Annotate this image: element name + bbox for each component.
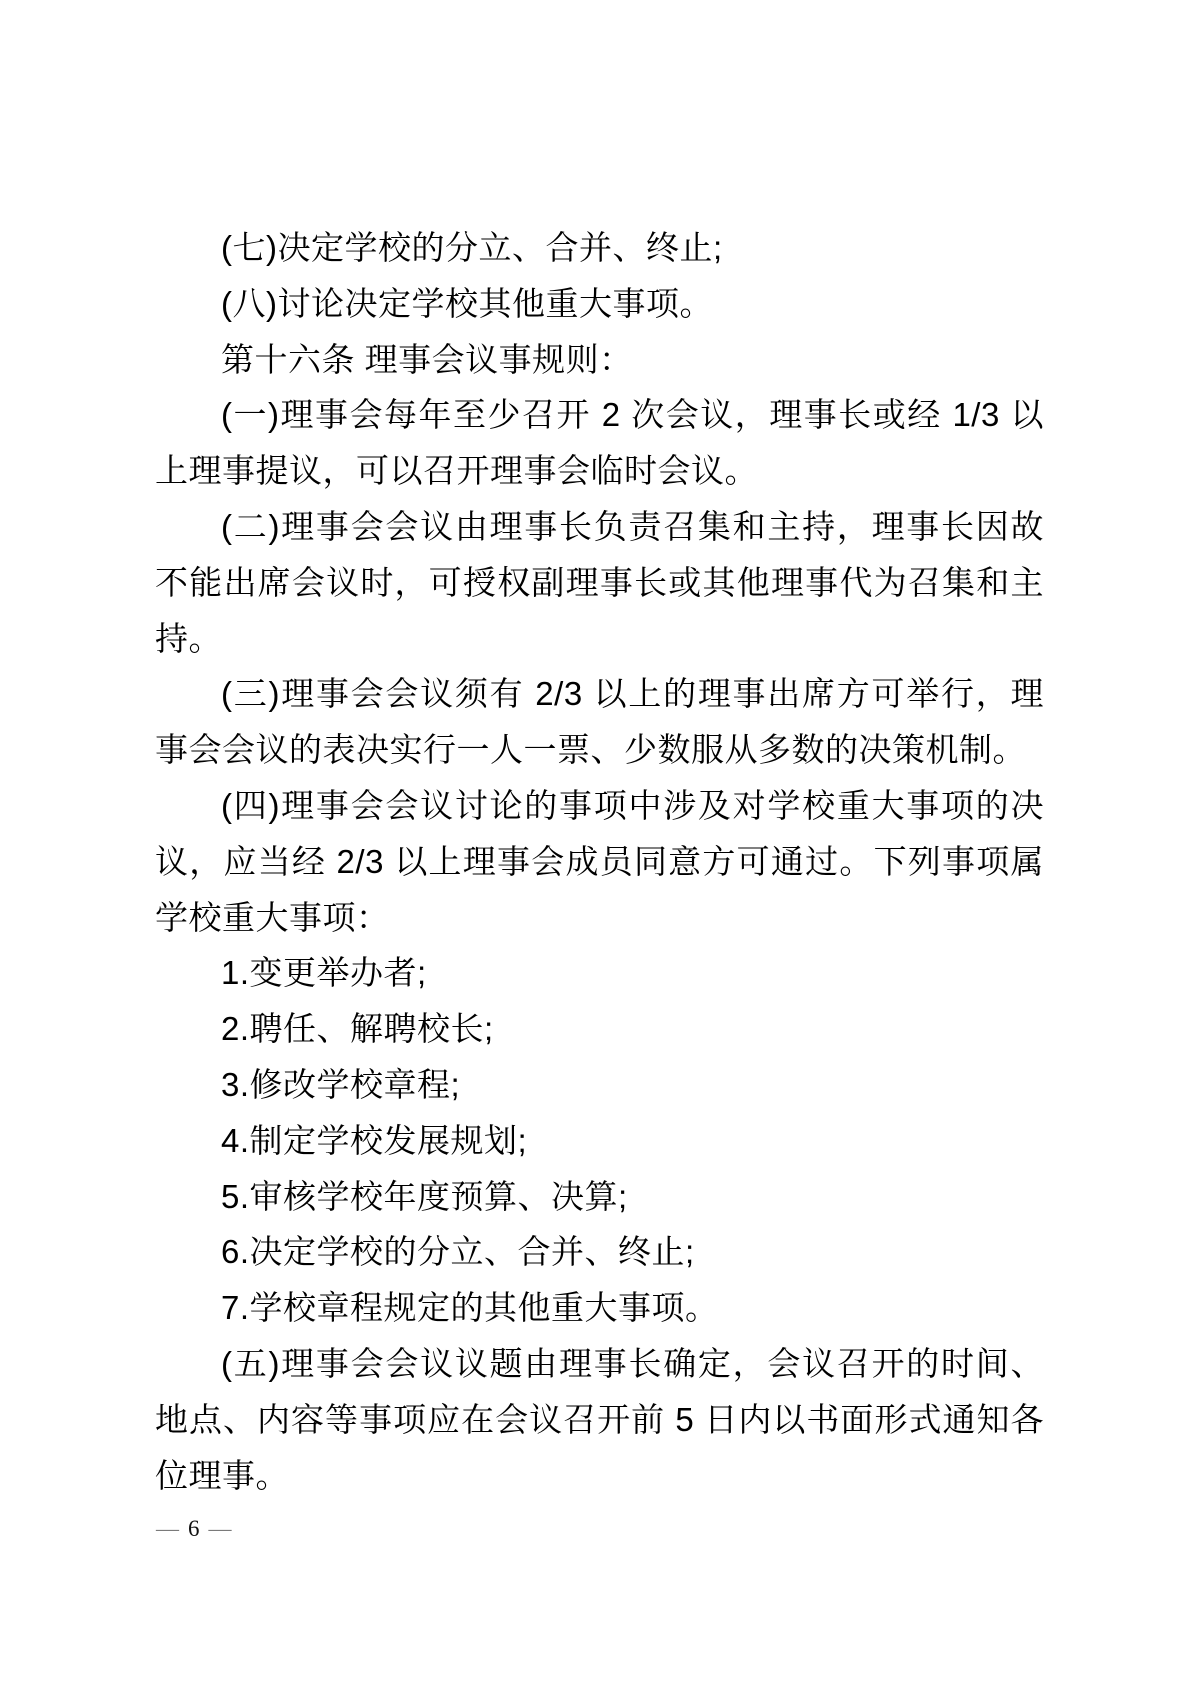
major-item-4: 4.制定学校发展规划; (155, 1113, 1044, 1169)
major-item-7: 7.学校章程规定的其他重大事项。 (155, 1280, 1044, 1336)
rule-5: (五)理事会会议议题由理事长确定，会议召开的时间、地点、内容等事项应在会议召开前… (155, 1336, 1044, 1503)
rule-4: (四)理事会会议讨论的事项中涉及对学校重大事项的决议，应当经 2/3 以上理事会… (155, 778, 1044, 945)
clause-7: (七)决定学校的分立、合并、终止; (155, 220, 1044, 276)
major-item-6: 6.决定学校的分立、合并、终止; (155, 1224, 1044, 1280)
clause-8: (八)讨论决定学校其他重大事项。 (155, 276, 1044, 332)
article-16-heading: 第十六条 理事会议事规则： (155, 332, 1044, 388)
major-item-5: 5.审核学校年度预算、决算; (155, 1169, 1044, 1225)
rule-1: (一)理事会每年至少召开 2 次会议，理事长或经 1/3 以上理事提议，可以召开… (155, 387, 1044, 499)
page-number: 6 (179, 1516, 209, 1541)
footer-dash-right: — (209, 1516, 232, 1541)
rule-2: (二)理事会会议由理事长负责召集和主持，理事长因故不能出席会议时，可授权副理事长… (155, 499, 1044, 666)
document-body: (七)决定学校的分立、合并、终止; (八)讨论决定学校其他重大事项。 第十六条 … (155, 220, 1044, 1503)
document-page: (七)决定学校的分立、合并、终止; (八)讨论决定学校其他重大事项。 第十六条 … (0, 0, 1191, 1684)
major-item-1: 1.变更举办者; (155, 945, 1044, 1001)
rule-3: (三)理事会会议须有 2/3 以上的理事出席方可举行，理事会会议的表决实行一人一… (155, 666, 1044, 778)
footer-dash-left: — (156, 1516, 179, 1541)
page-footer: —6— (156, 1514, 232, 1544)
major-item-2: 2.聘任、解聘校长; (155, 1001, 1044, 1057)
major-item-3: 3.修改学校章程; (155, 1057, 1044, 1113)
